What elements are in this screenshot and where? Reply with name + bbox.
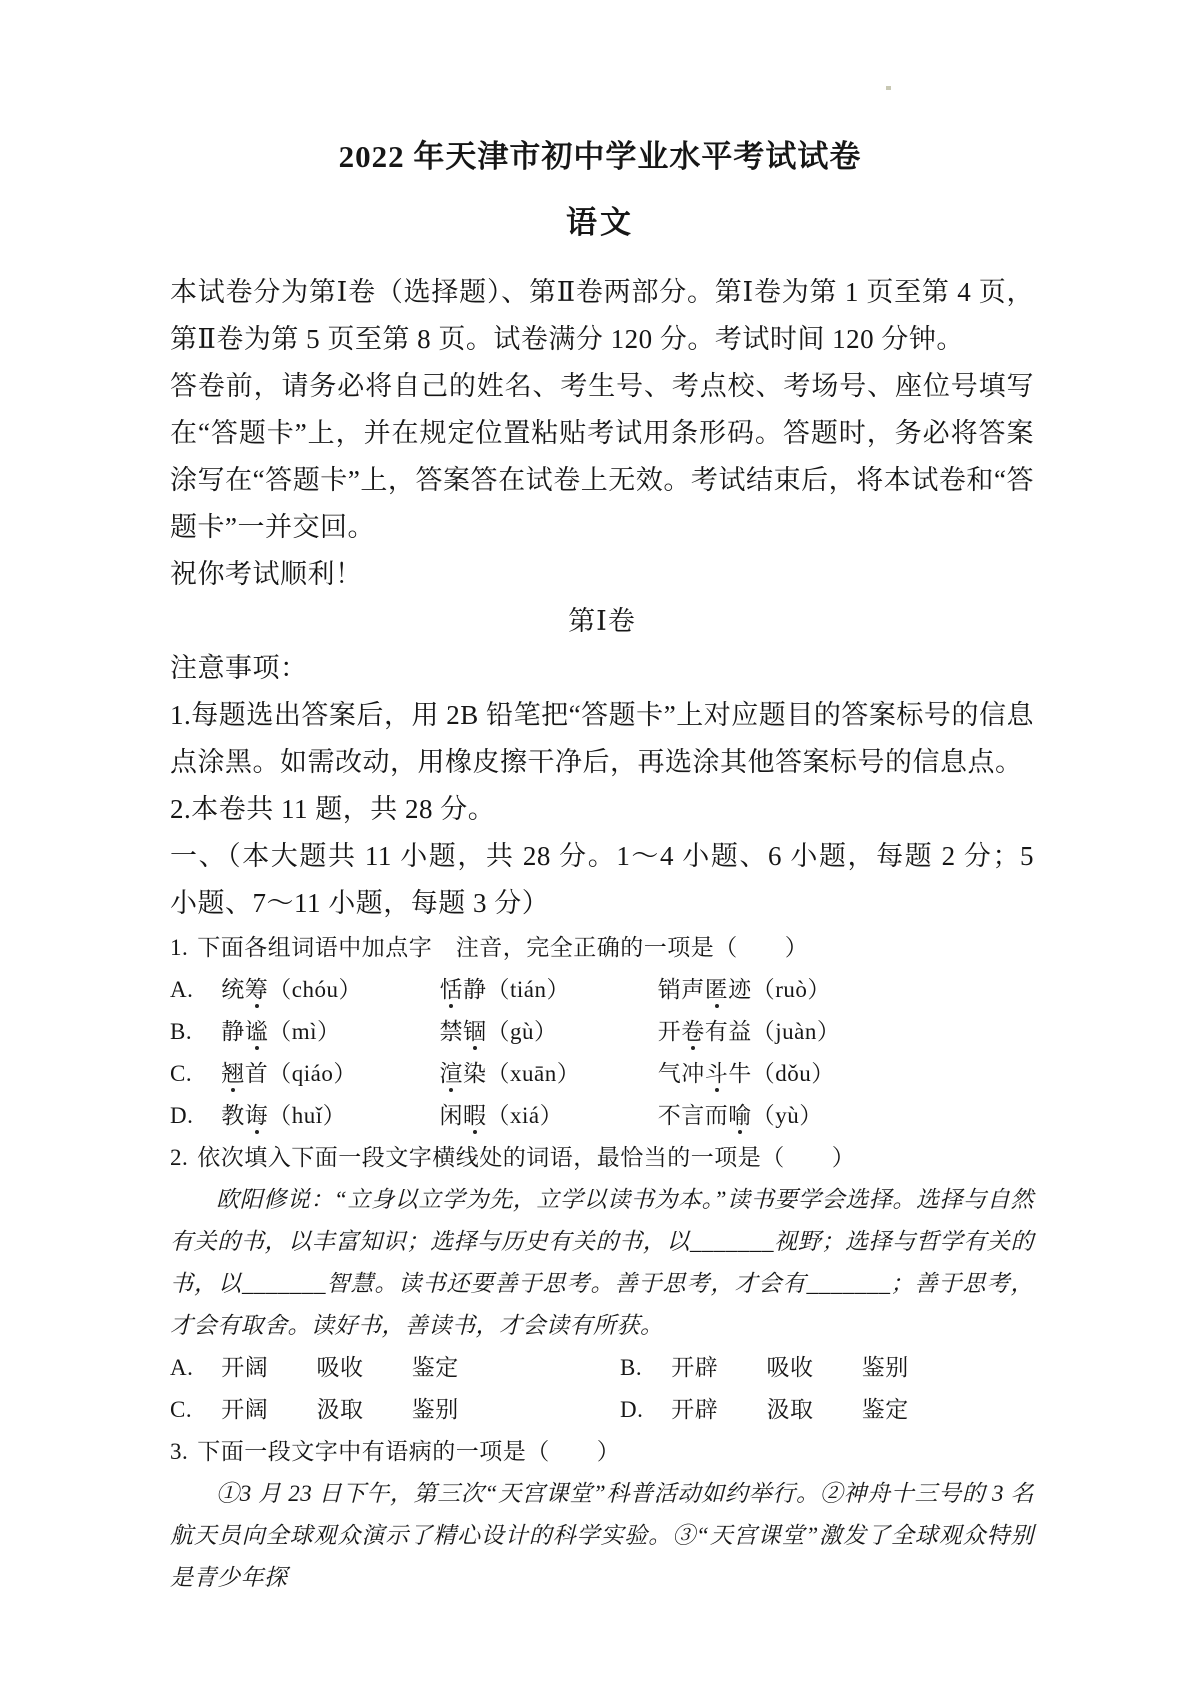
option-b-word-3: 开卷有益（juàn） [658, 1011, 841, 1053]
option-c-label: C. [170, 1053, 215, 1095]
option-b-label: B. [170, 1011, 215, 1053]
option-d-word-2: 汲取 [767, 1397, 814, 1422]
scan-artifact-bottom [209, 1579, 212, 1582]
option-c-word-3: 气冲斗牛（dǒu） [658, 1053, 835, 1095]
option-c-word-1: 翘首（qiáo） [221, 1053, 433, 1095]
option-c-word-3: 鉴别 [412, 1397, 459, 1422]
question-1: 1.下面各组词语中加点字 注音，完全正确的一项是（ ） A. 统筹（chóu） … [170, 927, 1034, 1137]
volume-one-heading: 第Ⅰ卷 [170, 598, 1034, 645]
note-item-2: 2.本卷共 11 题，共 28 分。 [170, 786, 1034, 833]
question-1-option-d: D. 教诲（huǐ） 闲暇（xiá） 不言而喻（yù） [170, 1095, 1034, 1137]
option-d-label: D. [170, 1095, 215, 1137]
option-c-word-2: 渲染（xuān） [440, 1053, 652, 1095]
question-1-stem-text: 下面各组词语中加点字 注音，完全正确的一项是（ ） [197, 935, 808, 960]
option-d-word-3: 鉴定 [862, 1397, 909, 1422]
option-d-word-1: 教诲（huǐ） [221, 1095, 433, 1137]
question-1-number: 1. [170, 927, 188, 969]
page-subject: 语文 [0, 202, 1200, 244]
intro-paragraph-2: 答卷前，请务必将自己的姓名、考生号、考点校、考场号、座位号填写在“答题卡”上，并… [170, 363, 1034, 551]
option-a-word-3: 鉴定 [412, 1355, 459, 1380]
question-3: 3.下面一段文字中有语病的一项是（ ） ①3 月 23 日下午，第三次“天宫课堂… [170, 1431, 1034, 1599]
question-1-option-c: C. 翘首（qiáo） 渲染（xuān） 气冲斗牛（dǒu） [170, 1053, 1034, 1095]
option-b-word-1: 静谧（mì） [221, 1011, 433, 1053]
question-2-options-row-1: A. 开阔 吸收 鉴定 B. 开辟 吸收 鉴别 [170, 1347, 1034, 1389]
option-b-word-3: 鉴别 [862, 1355, 909, 1380]
option-a-word-1: 统筹（chóu） [221, 969, 433, 1011]
question-2-option-d: D. 开辟 汲取 鉴定 [620, 1389, 1034, 1431]
option-b-word-2: 禁锢（gù） [440, 1011, 652, 1053]
option-c-word-1: 开阔 [221, 1397, 268, 1422]
option-d-word-2: 闲暇（xiá） [440, 1095, 652, 1137]
question-3-number: 3. [170, 1431, 188, 1473]
question-3-passage: ①3 月 23 日下午，第三次“天宫课堂”科普活动如约举行。②神舟十三号的 3 … [170, 1473, 1034, 1599]
question-3-stem-text: 下面一段文字中有语病的一项是（ ） [197, 1439, 620, 1464]
exam-body: 本试卷分为第Ⅰ卷（选择题）、第Ⅱ卷两部分。第Ⅰ卷为第 1 页至第 4 页，第Ⅱ卷… [0, 269, 1200, 1599]
option-c-word-2: 汲取 [317, 1397, 364, 1422]
page-title: 2022 年天津市初中学业水平考试试卷 [0, 0, 1200, 178]
question-2-option-b: B. 开辟 吸收 鉴别 [620, 1347, 1034, 1389]
exam-header: 2022 年天津市初中学业水平考试试卷 语文 [0, 0, 1200, 244]
option-a-label: A. [170, 1347, 215, 1389]
exam-wish: 祝你考试顺利！ [170, 551, 1034, 598]
note-item-1: 1.每题选出答案后，用 2B 铅笔把“答题卡”上对应题目的答案标号的信息点涂黑。… [170, 692, 1034, 786]
option-b-label: B. [620, 1347, 665, 1389]
question-1-option-b: B. 静谧（mì） 禁锢（gù） 开卷有益（juàn） [170, 1011, 1034, 1053]
option-b-word-1: 开辟 [671, 1355, 718, 1380]
question-1-option-a: A. 统筹（chóu） 恬静（tián） 销声匿迹（ruò） [170, 969, 1034, 1011]
option-a-word-1: 开阔 [221, 1355, 268, 1380]
question-2-number: 2. [170, 1137, 188, 1179]
notes-heading: 注意事项： [170, 645, 1034, 692]
option-d-word-1: 开辟 [671, 1397, 718, 1422]
option-a-word-2: 恬静（tián） [440, 969, 652, 1011]
option-a-label: A. [170, 969, 215, 1011]
question-2-stem: 2.依次填入下面一段文字横线处的词语，最恰当的一项是（ ） [170, 1137, 1034, 1179]
option-a-word-2: 吸收 [317, 1355, 364, 1380]
option-d-word-3: 不言而喻（yù） [658, 1095, 823, 1137]
option-b-word-2: 吸收 [767, 1355, 814, 1380]
option-a-word-3: 销声匿迹（ruò） [658, 969, 831, 1011]
question-2-stem-text: 依次填入下面一段文字横线处的词语，最恰当的一项是（ ） [197, 1145, 855, 1170]
option-c-label: C. [170, 1389, 215, 1431]
scan-artifact-top [886, 86, 891, 90]
question-1-stem: 1.下面各组词语中加点字 注音，完全正确的一项是（ ） [170, 927, 1034, 969]
question-3-stem: 3.下面一段文字中有语病的一项是（ ） [170, 1431, 1034, 1473]
intro-paragraph-1: 本试卷分为第Ⅰ卷（选择题）、第Ⅱ卷两部分。第Ⅰ卷为第 1 页至第 4 页，第Ⅱ卷… [170, 269, 1034, 363]
question-2-option-a: A. 开阔 吸收 鉴定 [170, 1347, 620, 1389]
question-2: 2.依次填入下面一段文字横线处的词语，最恰当的一项是（ ） 欧阳修说：“立身以立… [170, 1137, 1034, 1431]
question-2-option-c: C. 开阔 汲取 鉴别 [170, 1389, 620, 1431]
exam-paper-page: 2022 年天津市初中学业水平考试试卷 语文 本试卷分为第Ⅰ卷（选择题）、第Ⅱ卷… [0, 0, 1200, 1698]
option-d-label: D. [620, 1389, 665, 1431]
section-one-instruction: 一、（本大题共 11 小题，共 28 分。1～4 小题、6 小题，每题 2 分；… [170, 833, 1034, 927]
question-2-options-row-2: C. 开阔 汲取 鉴别 D. 开辟 汲取 鉴定 [170, 1389, 1034, 1431]
question-2-passage: 欧阳修说：“立身以立学为先，立学以读书为本。”读书要学会选择。选择与自然有关的书… [170, 1179, 1034, 1347]
